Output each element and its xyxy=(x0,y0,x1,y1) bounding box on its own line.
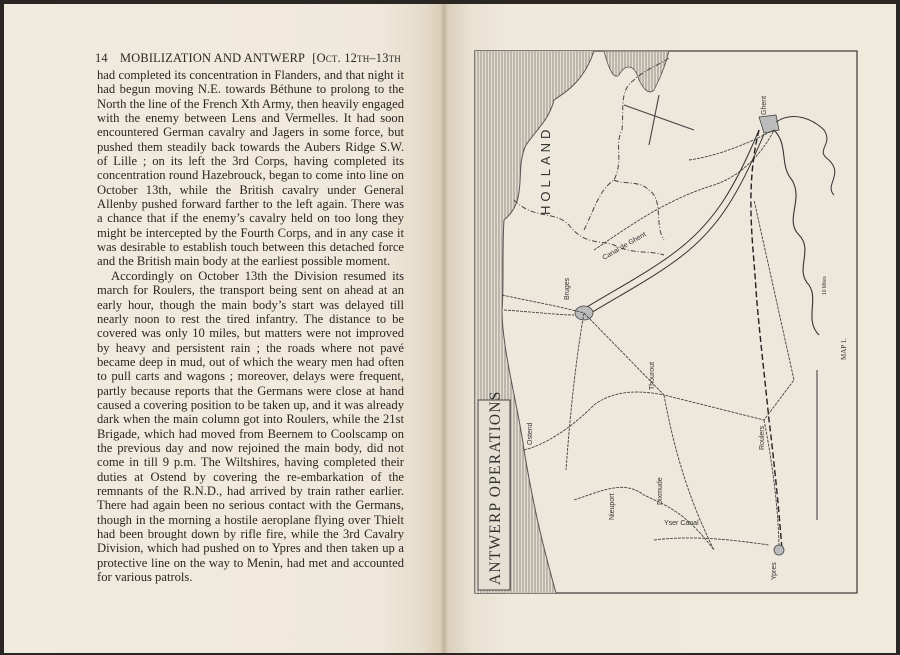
map-number: MAP 1. xyxy=(840,338,848,360)
place-label-roulers: Roulers xyxy=(759,425,766,450)
place-label-dixmude: Dixmude xyxy=(657,477,664,505)
left-page: 14 MOBILIZATION AND ANTWERP [Oct. 12th–1… xyxy=(4,4,444,653)
paragraph: Accordingly on October 13th the Division… xyxy=(97,269,404,585)
running-title: MOBILIZATION AND ANTWERP xyxy=(120,51,312,66)
running-head: 14 MOBILIZATION AND ANTWERP [Oct. 12th–1… xyxy=(95,51,401,66)
place-label-thourout: Thourout xyxy=(649,362,656,390)
place-label-ypres: Ypres xyxy=(771,562,778,580)
place-label-ghent: Ghent xyxy=(761,96,768,115)
body-text: had completed its concentration in Fland… xyxy=(97,68,404,584)
holland-label: HOLLAND xyxy=(538,126,553,215)
map-drawing: ANTWERP OPERATIONS HOLLAND xyxy=(474,50,858,594)
place-label-ostend: Ostend xyxy=(527,422,534,445)
scale-end-label: 10 Miles xyxy=(822,276,828,295)
book-gutter xyxy=(440,4,448,653)
place-label-bruges: Bruges xyxy=(564,277,571,300)
running-date: [Oct. 12th–13th xyxy=(312,51,401,66)
waterway-label-yser-canal: Yser Canal xyxy=(664,520,699,527)
map-title: ANTWERP OPERATIONS xyxy=(487,390,504,585)
paragraph: had completed its concentration in Fland… xyxy=(97,68,404,269)
place-label-nieuport: Nieuport xyxy=(609,493,616,520)
page-number: 14 xyxy=(95,51,120,66)
map: ANTWERP OPERATIONS HOLLAND xyxy=(474,50,858,594)
